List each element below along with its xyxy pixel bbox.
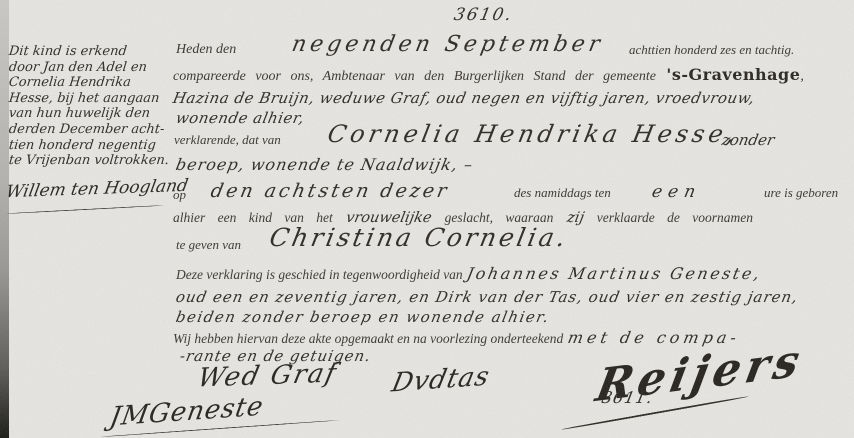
signature-comparante: Wed Graf — [195, 359, 340, 393]
line-slotformule: Wij hebben hiervan deze akte opgemaakt e… — [173, 329, 739, 347]
printed-deze-verklaring: Deze verklaring is geschied in tegenwoor… — [176, 268, 463, 283]
act-number-bottom: 3611. — [600, 389, 654, 407]
printed-compareerde: compareerde voor ons, Ambtenaar van den … — [173, 69, 656, 84]
hand-een-uur: een — [650, 183, 703, 202]
margin-signature: Willem ten Hoogland — [4, 177, 189, 202]
hand-child-name: Christina Cornelia. — [267, 224, 570, 252]
printed-op: op — [173, 188, 186, 202]
hand-comparante-details: Hazina de Bruijn, weduwe Graf, oud negen… — [171, 90, 756, 107]
hand-achtsten-dezer: den achtsten dezer — [209, 181, 451, 202]
printed-year: achttien honderd zes en tachtig. — [629, 43, 794, 57]
blackletter-gravenhage: 's-Gravenhage — [666, 66, 800, 84]
hand-met-de-compa: met de compa- — [566, 329, 741, 347]
hand-wonende-alhier: wonende alhier, — [174, 110, 305, 127]
hand-mother-name: Cornelia Hendrika Hesse, — [325, 121, 741, 147]
printed-compareerde-line: compareerde voor ons, Ambtenaar van den … — [173, 66, 804, 84]
hand-witness1-name: Johannes Martinus Geneste, — [465, 265, 763, 283]
margin-note-line: tien honderd negentig — [8, 138, 174, 154]
signature-witness-tas: Dvdtas — [389, 362, 492, 398]
margin-note-line: Dit kind is erkend — [8, 44, 174, 60]
printed-verklarende: verklarende, dat van — [174, 133, 281, 147]
printed-verklaarde-voornamen: verklaarde de voornamen — [597, 211, 753, 226]
margin-note-line: derden December acht- — [8, 122, 174, 138]
printed-des-namiddags: des namiddags ten — [514, 186, 611, 200]
hand-zonder: zonder — [720, 132, 775, 149]
printed-te-geven-van: te geven van — [176, 238, 241, 252]
hand-beiden-zonder-beroep: beiden zonder beroep en wonende alhier. — [174, 309, 551, 326]
margin-note-line: te Vrijenban voltrokken. — [8, 153, 174, 169]
line-verklaring-getuigen: Deze verklaring is geschied in tegenwoor… — [176, 265, 762, 283]
hand-date-negenden-september: negenden September — [290, 33, 606, 57]
printed-heden-den: Heden den — [176, 42, 236, 57]
hand-witness-ages: oud een en zeventig jaren, en Dirk van d… — [174, 289, 799, 306]
margin-note-line: door Jan den Adel en — [8, 60, 174, 76]
margin-note-line: van hun huwelijk den — [8, 106, 174, 122]
printed-ure-is-geboren: ure is geboren — [764, 186, 838, 200]
birth-record-scan: 3610. Dit kind is erkend door Jan den Ad… — [0, 0, 854, 438]
margin-note-line: Cornelia Hendrika — [8, 75, 174, 91]
margin-signature-flourish — [6, 205, 164, 214]
act-number-top: 3610. — [452, 6, 514, 25]
printed-comma: , — [800, 69, 804, 84]
margin-note-line: Hesse, bij het aangaan — [8, 91, 174, 107]
margin-note: Dit kind is erkend door Jan den Adel en … — [8, 44, 172, 169]
hand-beroep-naaldwijk: beroep, wonende te Naaldwijk, – — [174, 156, 475, 174]
printed-wij-hebben: Wij hebben hiervan deze akte opgemaakt e… — [173, 332, 563, 347]
